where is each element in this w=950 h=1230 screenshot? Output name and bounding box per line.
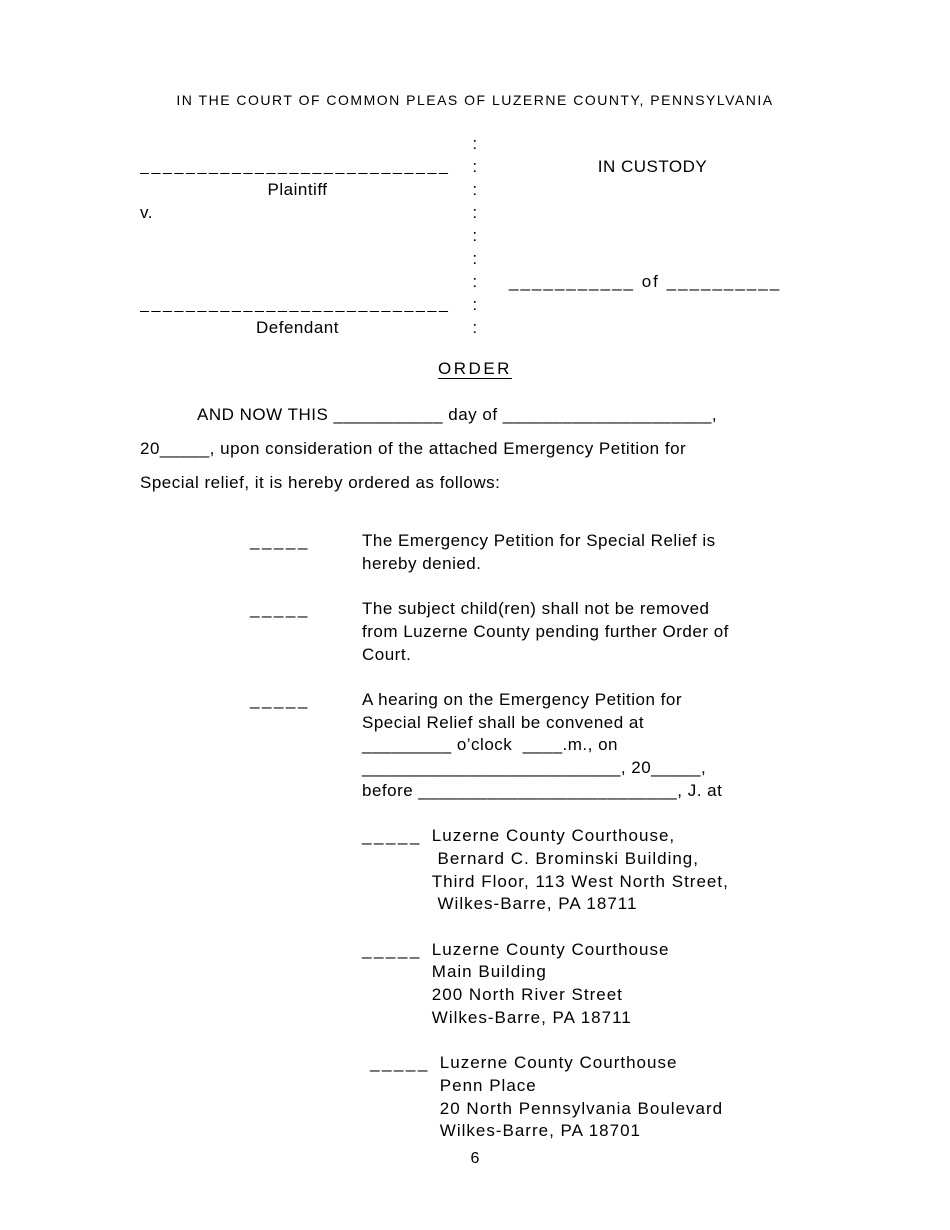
order-heading-text: ORDER <box>438 359 512 378</box>
order-document-page: IN THE COURT OF COMMON PLEAS OF LUZERNE … <box>0 0 950 1230</box>
location-address-line: Luzerne County Courthouse <box>440 1052 723 1075</box>
order-paragraph-line: Special relief, it is hereby ordered as … <box>140 466 840 500</box>
order-paragraph: AND NOW THIS ___________ day of ________… <box>140 398 840 500</box>
location-address-line: Main Building <box>432 961 670 984</box>
location-address-line: Penn Place <box>440 1075 723 1098</box>
colon-separator: : <box>455 132 495 155</box>
location-checkmark-blank: _____ <box>370 1052 430 1143</box>
caption-right-spacer <box>495 247 810 270</box>
caption-left-spacer <box>140 247 455 270</box>
caption-right-spacer <box>495 224 810 247</box>
colon-separator: : <box>455 316 495 339</box>
colon-separator: : <box>455 178 495 201</box>
court-header: IN THE COURT OF COMMON PLEAS OF LUZERNE … <box>0 92 950 108</box>
location-checkmark-blank: _____ <box>362 825 422 916</box>
caption-left-spacer <box>140 224 455 247</box>
colon-separator: : <box>455 293 495 316</box>
option-text-line: before __________________________, J. at <box>362 780 860 803</box>
case-caption: : ___________________________ : IN CUSTO… <box>140 132 810 339</box>
option-text-line: __________________________, 20_____, <box>362 757 860 780</box>
caption-left-spacer <box>140 132 455 155</box>
case-number-blank: ___________ of __________ <box>495 270 810 293</box>
order-options-list: _____ The Emergency Petition for Special… <box>140 530 860 1166</box>
option-text: A hearing on the Emergency Petition for … <box>362 689 860 803</box>
option-text-line: _________ o’clock ____.m., on <box>362 734 860 757</box>
order-paragraph-line: 20_____, upon consideration of the attac… <box>140 432 840 466</box>
option-no-removal: _____ The subject child(ren) shall not b… <box>140 598 860 666</box>
colon-separator: : <box>455 270 495 293</box>
location-address: Luzerne County Courthouse, Bernard C. Br… <box>432 825 729 916</box>
caption-right-spacer <box>495 132 810 155</box>
location-address-line: Third Floor, 113 West North Street, <box>432 871 729 894</box>
page-number: 6 <box>0 1150 950 1168</box>
location-penn-place: _____ Luzerne County Courthouse Penn Pla… <box>370 1052 860 1143</box>
in-custody-label: IN CUSTODY <box>495 155 810 178</box>
caption-right-spacer <box>495 201 810 224</box>
option-checkmark-blank: _____ <box>250 530 362 575</box>
colon-separator: : <box>455 201 495 224</box>
option-text-line: Court. <box>362 644 860 667</box>
location-address-line: Luzerne County Courthouse <box>432 939 670 962</box>
option-text-line: The Emergency Petition for Special Relie… <box>362 530 860 553</box>
option-text-line: A hearing on the Emergency Petition for <box>362 689 860 712</box>
location-address: Luzerne County Courthouse Penn Place 20 … <box>440 1052 723 1143</box>
option-text-line: Special Relief shall be convened at <box>362 712 860 735</box>
location-address-line: Luzerne County Courthouse, <box>432 825 729 848</box>
location-address-line: 200 North River Street <box>432 984 670 1007</box>
location-address: Luzerne County Courthouse Main Building … <box>432 939 670 1030</box>
defendant-blank-line: ___________________________ <box>140 293 455 316</box>
plaintiff-blank-line: ___________________________ <box>140 155 455 178</box>
location-main-building: _____ Luzerne County Courthouse Main Bui… <box>362 939 860 1030</box>
versus-label: v. <box>140 201 455 224</box>
location-brominski-building: _____ Luzerne County Courthouse, Bernard… <box>362 825 860 916</box>
location-address-line: Wilkes-Barre, PA 18711 <box>432 893 729 916</box>
option-text-line: from Luzerne County pending further Orde… <box>362 621 860 644</box>
option-text-line: The subject child(ren) shall not be remo… <box>362 598 860 621</box>
defendant-label: Defendant <box>140 316 455 339</box>
caption-left-spacer <box>140 270 455 293</box>
location-address-line: Bernard C. Brominski Building, <box>432 848 729 871</box>
location-checkmark-blank: _____ <box>362 939 422 1030</box>
caption-right-spacer <box>495 178 810 201</box>
colon-separator: : <box>455 224 495 247</box>
option-checkmark-blank: _____ <box>250 598 362 666</box>
plaintiff-label: Plaintiff <box>140 178 455 201</box>
location-address-line: 20 North Pennsylvania Boulevard <box>440 1098 723 1121</box>
location-address-line: Wilkes-Barre, PA 18701 <box>440 1120 723 1143</box>
colon-separator: : <box>455 155 495 178</box>
option-text: The subject child(ren) shall not be remo… <box>362 598 860 666</box>
option-text: The Emergency Petition for Special Relie… <box>362 530 860 575</box>
order-paragraph-line: AND NOW THIS ___________ day of ________… <box>140 398 840 432</box>
colon-separator: : <box>455 247 495 270</box>
caption-right-spacer <box>495 316 810 339</box>
option-denied: _____ The Emergency Petition for Special… <box>140 530 860 575</box>
caption-right-spacer <box>495 293 810 316</box>
option-hearing: _____ A hearing on the Emergency Petitio… <box>140 689 860 803</box>
location-address-line: Wilkes-Barre, PA 18711 <box>432 1007 670 1030</box>
order-heading: ORDER <box>0 359 950 379</box>
option-checkmark-blank: _____ <box>250 689 362 803</box>
option-text-line: hereby denied. <box>362 553 860 576</box>
